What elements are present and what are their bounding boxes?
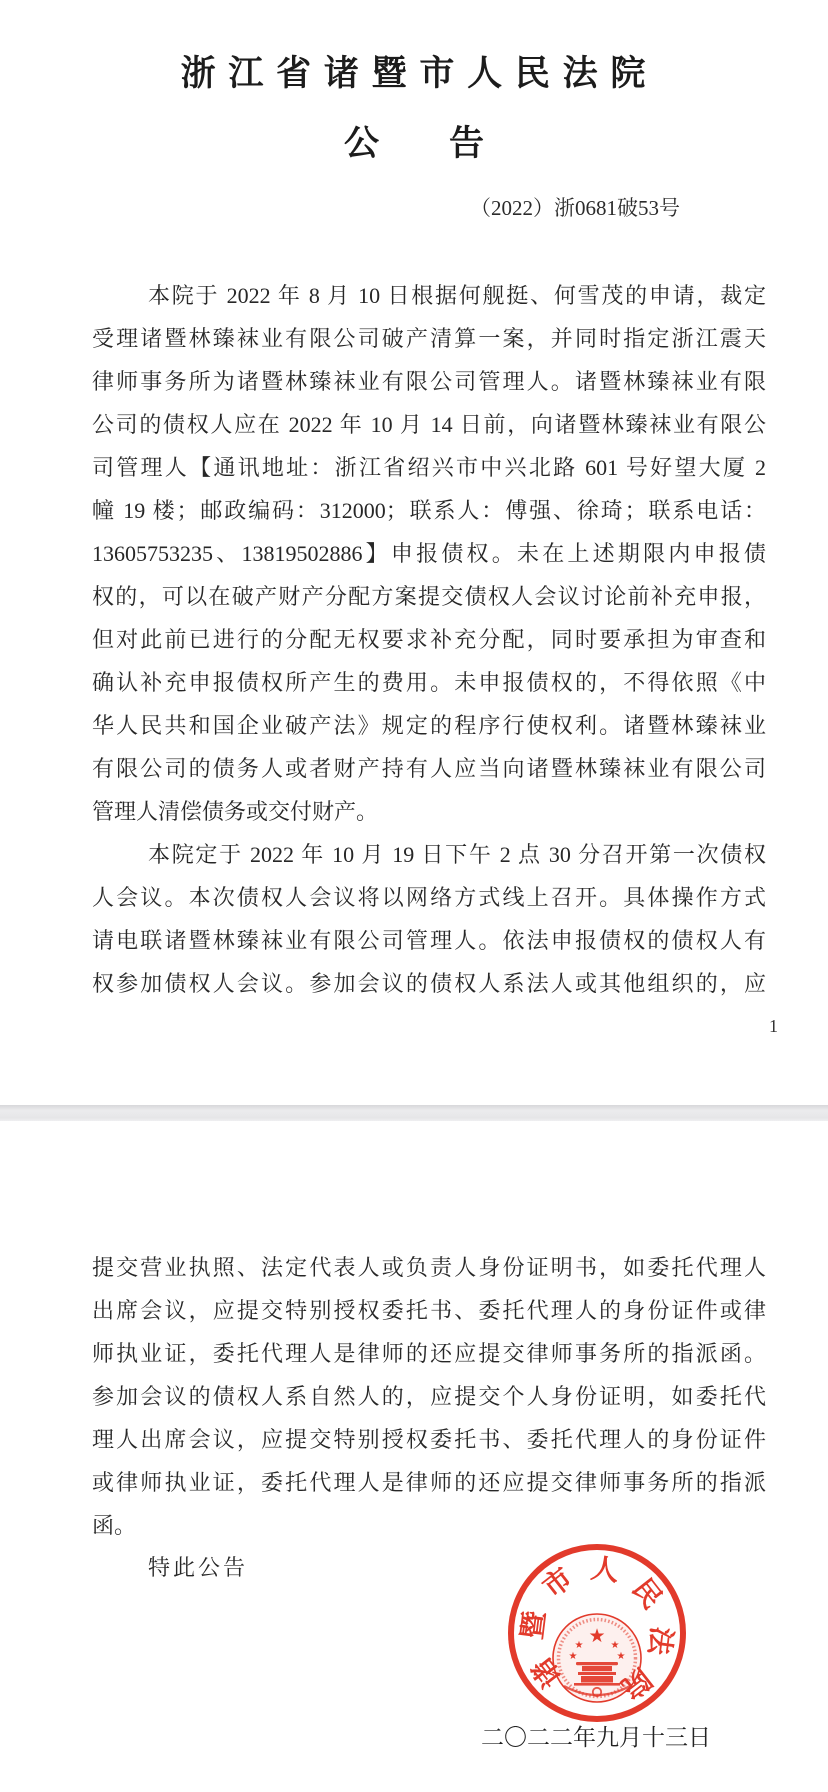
- text-line: 人会议。本次债权人会议将以网络方式线上召开。具体操作方式: [92, 876, 766, 919]
- text-line: 请电联诸暨林臻袜业有限公司管理人。依法申报债权的债权人有: [92, 919, 766, 962]
- document-scan: { "document": { "court_title": "浙 江 省 诸 …: [0, 0, 828, 1792]
- text-line: 管理人清偿债务或交付财产。: [92, 790, 766, 833]
- official-seal: ★ ★ ★ ★ ★ 诸暨市人民法院: [502, 1538, 692, 1728]
- text-line: 13605753235、13819502886】申报债权。未在上述期限内申报债: [92, 532, 766, 575]
- small-star-icon: ★: [569, 1651, 578, 1662]
- big-star-icon: ★: [588, 1626, 605, 1647]
- text-line: 权的，可以在破产财产分配方案提交债权人会议讨论前补充申报，: [92, 575, 766, 618]
- text-line: 律师事务所为诸暨林臻袜业有限公司管理人。诸暨林臻袜业有限: [92, 360, 766, 403]
- closing-statement: 特此公告: [148, 1546, 248, 1589]
- page-number: 1: [769, 1016, 778, 1037]
- text-line: 参加会议的债权人系自然人的，应提交个人身份证明，如委托代: [92, 1375, 766, 1418]
- page-1: 浙 江 省 诸 暨 市 人 民 法 院 公 告 （2022）浙0681破53号 …: [0, 0, 828, 1105]
- seal-ring-char: 法: [642, 1625, 677, 1658]
- case-number: （2022）浙0681破53号: [0, 192, 828, 222]
- notice-title: 公 告: [0, 116, 828, 166]
- text-line: 师执业证，委托代理人是律师的还应提交律师事务所的指派函。: [92, 1332, 766, 1375]
- text-line: 司管理人【通讯地址：浙江省绍兴市中兴北路 601 号好望大厦 2: [92, 446, 766, 489]
- text-line: 本院于 2022 年 8 月 10 日根据何舰挺、何雪茂的申请，裁定: [92, 274, 766, 317]
- text-line: 出席会议，应提交特别授权委托书、委托代理人的身份证件或律: [92, 1289, 766, 1332]
- text-line: 确认补充申报债权所产生的费用。未申报债权的，不得依照《中: [92, 661, 766, 704]
- text-line: 有限公司的债务人或者财产持有人应当向诸暨林臻袜业有限公司: [92, 747, 766, 790]
- text-line: 华人民共和国企业破产法》规定的程序行使权利。诸暨林臻袜业: [92, 704, 766, 747]
- text-line: 幢 19 楼；邮政编码：312000；联系人：傅强、徐琦；联系电话：: [92, 489, 766, 532]
- seal-ring-char: 暨: [516, 1609, 551, 1641]
- text-line: 公司的债权人应在 2022 年 10 月 14 日前，向诸暨林臻袜业有限公: [92, 403, 766, 446]
- small-star-icon: ★: [617, 1651, 626, 1662]
- text-line: 理人出席会议，应提交特别授权委托书、委托代理人的身份证件: [92, 1418, 766, 1461]
- page-break-divider: [0, 1105, 828, 1121]
- page-2: 提交营业执照、法定代表人或负责人身份证明书，如委托代理人出席会议，应提交特别授权…: [0, 1121, 828, 1792]
- page2-body-text: 提交营业执照、法定代表人或负责人身份证明书，如委托代理人出席会议，应提交特别授权…: [92, 1246, 766, 1547]
- text-line: 但对此前已进行的分配无权要求补充分配，同时要承担为审查和: [92, 618, 766, 661]
- text-line: 权参加债权人会议。参加会议的债权人系法人或其他组织的，应: [92, 962, 766, 1005]
- text-line: 或律师执业证，委托代理人是律师的还应提交律师事务所的指派: [92, 1461, 766, 1504]
- text-line: 本院定于 2022 年 10 月 19 日下午 2 点 30 分召开第一次债权: [92, 833, 766, 876]
- court-title: 浙 江 省 诸 暨 市 人 民 法 院: [0, 46, 828, 96]
- seal-ring-char: 人: [589, 1552, 621, 1587]
- small-star-icon: ★: [611, 1640, 620, 1651]
- text-line: 受理诸暨林臻袜业有限公司破产清算一案，并同时指定浙江震天: [92, 317, 766, 360]
- text-line: 提交营业执照、法定代表人或负责人身份证明书，如委托代理人: [92, 1246, 766, 1289]
- small-star-icon: ★: [575, 1640, 584, 1651]
- page1-body-text: 本院于 2022 年 8 月 10 日根据何舰挺、何雪茂的申请，裁定受理诸暨林臻…: [92, 274, 766, 1005]
- seal-graphic: ★ ★ ★ ★ ★ 诸暨市人民法院: [511, 1547, 683, 1719]
